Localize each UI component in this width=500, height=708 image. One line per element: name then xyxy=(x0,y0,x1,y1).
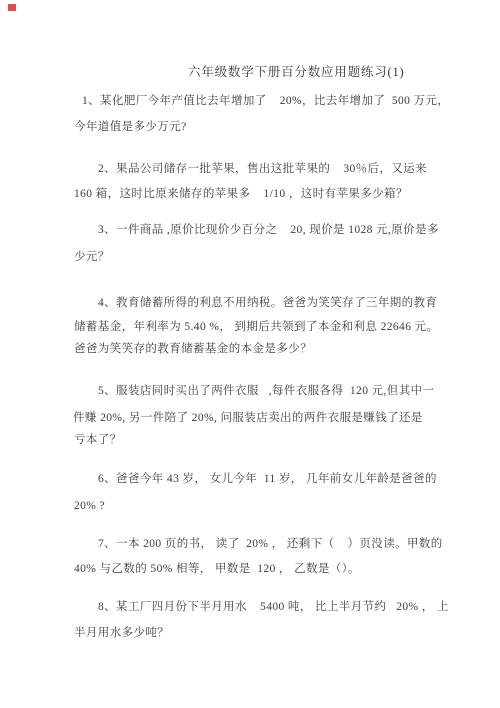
scan-artifact-mark xyxy=(8,4,16,11)
question-8-line-1: 8、某工厂四月份下半月用水 5400 吨， 比上半月节约 20% ， 上 xyxy=(98,600,449,614)
question-6-line-2: 20% ? xyxy=(74,499,105,513)
question-6-line-1: 6、爸爸今年 43 岁， 女儿今年 11 岁， 几年前女儿年龄是爸爸的 xyxy=(98,472,437,486)
worksheet-page: 六年级数学下册百分数应用题练习(1) 1、某化肥厂今年产值比去年增加了 20%，… xyxy=(0,0,500,708)
question-2-line-1: 2、果品公司储存一批苹果，售出这批苹果的 30％后，又运来 xyxy=(98,162,427,176)
question-5-line-1: 5、服装店同时买出了两件衣服 ,每件衣服各得 120 元,但其中一 xyxy=(98,384,434,398)
question-4-line-2: 储蓄基金，年利率为 5.40 %， 到期后共领到了本金和利息 22646 元。 xyxy=(74,320,438,334)
question-8-line-2: 半月用水多少吨？ xyxy=(74,626,169,640)
question-2-line-2: 160 箱，这时比原来储存的苹果多 1/10 ，这时有苹果多少箱？ xyxy=(74,187,408,201)
question-4-line-1: 4、教育储蓄所得的利息不用纳税。爸爸为笑笑存了三年期的教育 xyxy=(98,296,437,310)
question-5-line-2: 件赚 20%, 另一件陪了 20%, 问服装店卖出的两件衣服是赚钱了还是 xyxy=(73,411,423,425)
question-3-line-2: 少元？ xyxy=(74,250,110,264)
question-1-line-2: 今年道值是多少万元? xyxy=(74,120,187,134)
question-7-line-2: 40% 与乙数的 50% 相等， 甲数是 120 ， 乙数是（）。 xyxy=(74,562,360,576)
question-3-line-1: 3、一件商品 ,原价比现价少百分之 20, 现价是 1028 元,原价是多 xyxy=(98,223,439,237)
question-1-line-1: 1、某化肥厂今年产值比去年增加了 20%，比去年增加了 500 万元， xyxy=(82,94,449,108)
question-7-line-1: 7、一本 200 页的书， 读了 20% ， 还剩下（ ）页没读。甲数的 xyxy=(98,537,443,551)
question-5-line-3: 亏本了？ xyxy=(74,433,122,447)
page-title: 六年级数学下册百分数应用题练习(1) xyxy=(188,65,404,79)
question-4-line-3: 爸爸为笑笑存的教育储蓄基金的本金是多少？ xyxy=(74,342,312,356)
